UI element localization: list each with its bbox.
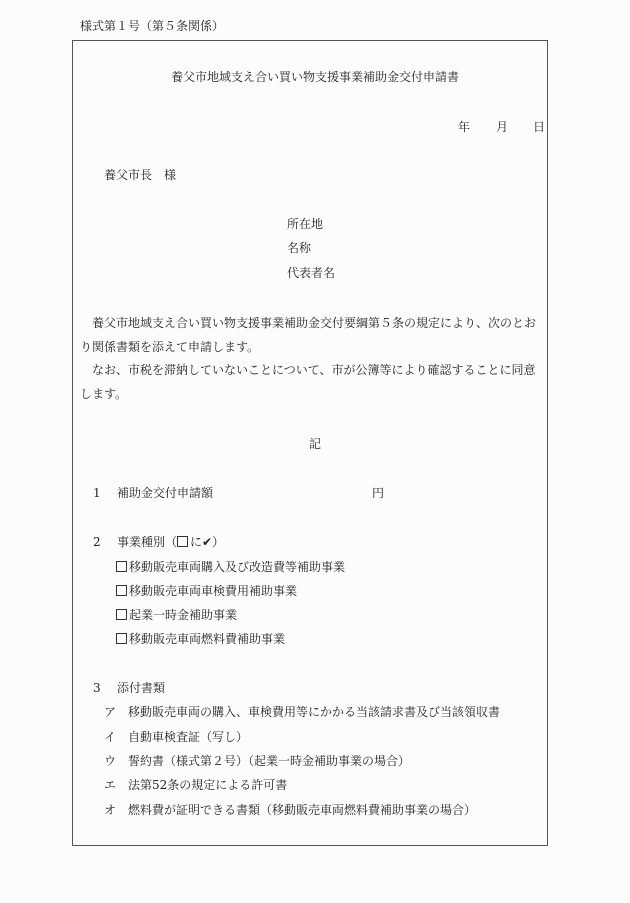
checkbox[interactable] xyxy=(116,609,127,620)
checkbox-icon xyxy=(177,536,188,547)
form-number: 様式第１号（第５条関係） xyxy=(80,19,224,33)
attachment-mark: オ xyxy=(104,803,128,817)
section-business-type: 2事業種別（に✔） xyxy=(93,535,224,549)
hint-close: ） xyxy=(212,535,224,549)
attachment-text: 自動車検査証（写し） xyxy=(128,730,248,744)
date-month-label: 月 xyxy=(496,120,508,134)
attachment-text: 誓約書（様式第２号）（起業一時金補助事業の場合） xyxy=(128,754,410,768)
date-year-label: 年 xyxy=(458,120,470,134)
section-attachments: 3添付書類 xyxy=(93,681,165,695)
addressee: 養父市長様 xyxy=(104,168,176,182)
check-mark-icon: ✔ xyxy=(202,535,212,549)
option-label: 起業一時金補助事業 xyxy=(129,608,237,622)
attachment-item: ウ誓約書（様式第２号）（起業一時金補助事業の場合） xyxy=(104,754,410,768)
addressee-honorific: 様 xyxy=(164,168,176,182)
section-number: 3 xyxy=(93,681,117,695)
date-day-label: 日 xyxy=(533,120,545,134)
attachment-mark: ア xyxy=(104,705,128,719)
applicant-representative-label: 代表者名 xyxy=(287,266,335,280)
option-label: 移動販売車両車検費用補助事業 xyxy=(129,584,297,598)
ki-heading: 記 xyxy=(0,437,630,451)
checkbox[interactable] xyxy=(116,561,127,572)
attachment-mark: ウ xyxy=(104,754,128,768)
option-label: 移動販売車両燃料費補助事業 xyxy=(129,632,285,646)
option-label: 移動販売車両購入及び改造費等補助事業 xyxy=(129,560,345,574)
attachment-item: イ自動車検査証（写し） xyxy=(104,730,248,744)
section-label: 添付書類 xyxy=(117,681,165,695)
attachment-mark: エ xyxy=(104,778,128,792)
business-type-option[interactable]: 移動販売車両車検費用補助事業 xyxy=(116,584,297,598)
section-number: 1 xyxy=(93,486,117,500)
attachment-item: ア移動販売車両の購入、車検費用等にかかる当該請求書及び当該領収書 xyxy=(104,705,500,719)
section-label: 事業種別（ xyxy=(117,535,177,549)
business-type-option[interactable]: 移動販売車両購入及び改造費等補助事業 xyxy=(116,560,345,574)
attachment-item: エ法第52条の規定による許可書 xyxy=(104,778,287,792)
applicant-address-label: 所在地 xyxy=(287,217,323,231)
checkbox[interactable] xyxy=(116,633,127,644)
hint-text: に xyxy=(190,535,202,549)
business-type-option[interactable]: 起業一時金補助事業 xyxy=(116,608,237,622)
attachment-mark: イ xyxy=(104,730,128,744)
business-type-option[interactable]: 移動販売車両燃料費補助事業 xyxy=(116,632,285,646)
attachment-text: 燃料費が証明できる書類（移動販売車両燃料費補助事業の場合） xyxy=(128,803,476,817)
attachment-text: 法第52条の規定による許可書 xyxy=(128,778,287,792)
attachment-item: オ燃料費が証明できる書類（移動販売車両燃料費補助事業の場合） xyxy=(104,803,476,817)
amount-unit: 円 xyxy=(372,486,384,500)
section-amount: 1補助金交付申請額 xyxy=(93,486,213,500)
body-paragraph-2: なお、市税を滞納していないことについて、市が公簿等により確認することに同意します… xyxy=(80,358,546,406)
checkbox[interactable] xyxy=(116,585,127,596)
section-number: 2 xyxy=(93,535,117,549)
document-title: 養父市地域支え合い買い物支援事業補助金交付申請書 xyxy=(0,70,630,84)
body-paragraph-1: 養父市地域支え合い買い物支援事業補助金交付要綱第５条の規定により、次のとおり関係… xyxy=(80,311,546,359)
addressee-name: 養父市長 xyxy=(104,168,152,182)
attachment-text: 移動販売車両の購入、車検費用等にかかる当該請求書及び当該領収書 xyxy=(128,705,500,719)
applicant-name-label: 名称 xyxy=(287,241,311,255)
section-label: 補助金交付申請額 xyxy=(117,486,213,500)
